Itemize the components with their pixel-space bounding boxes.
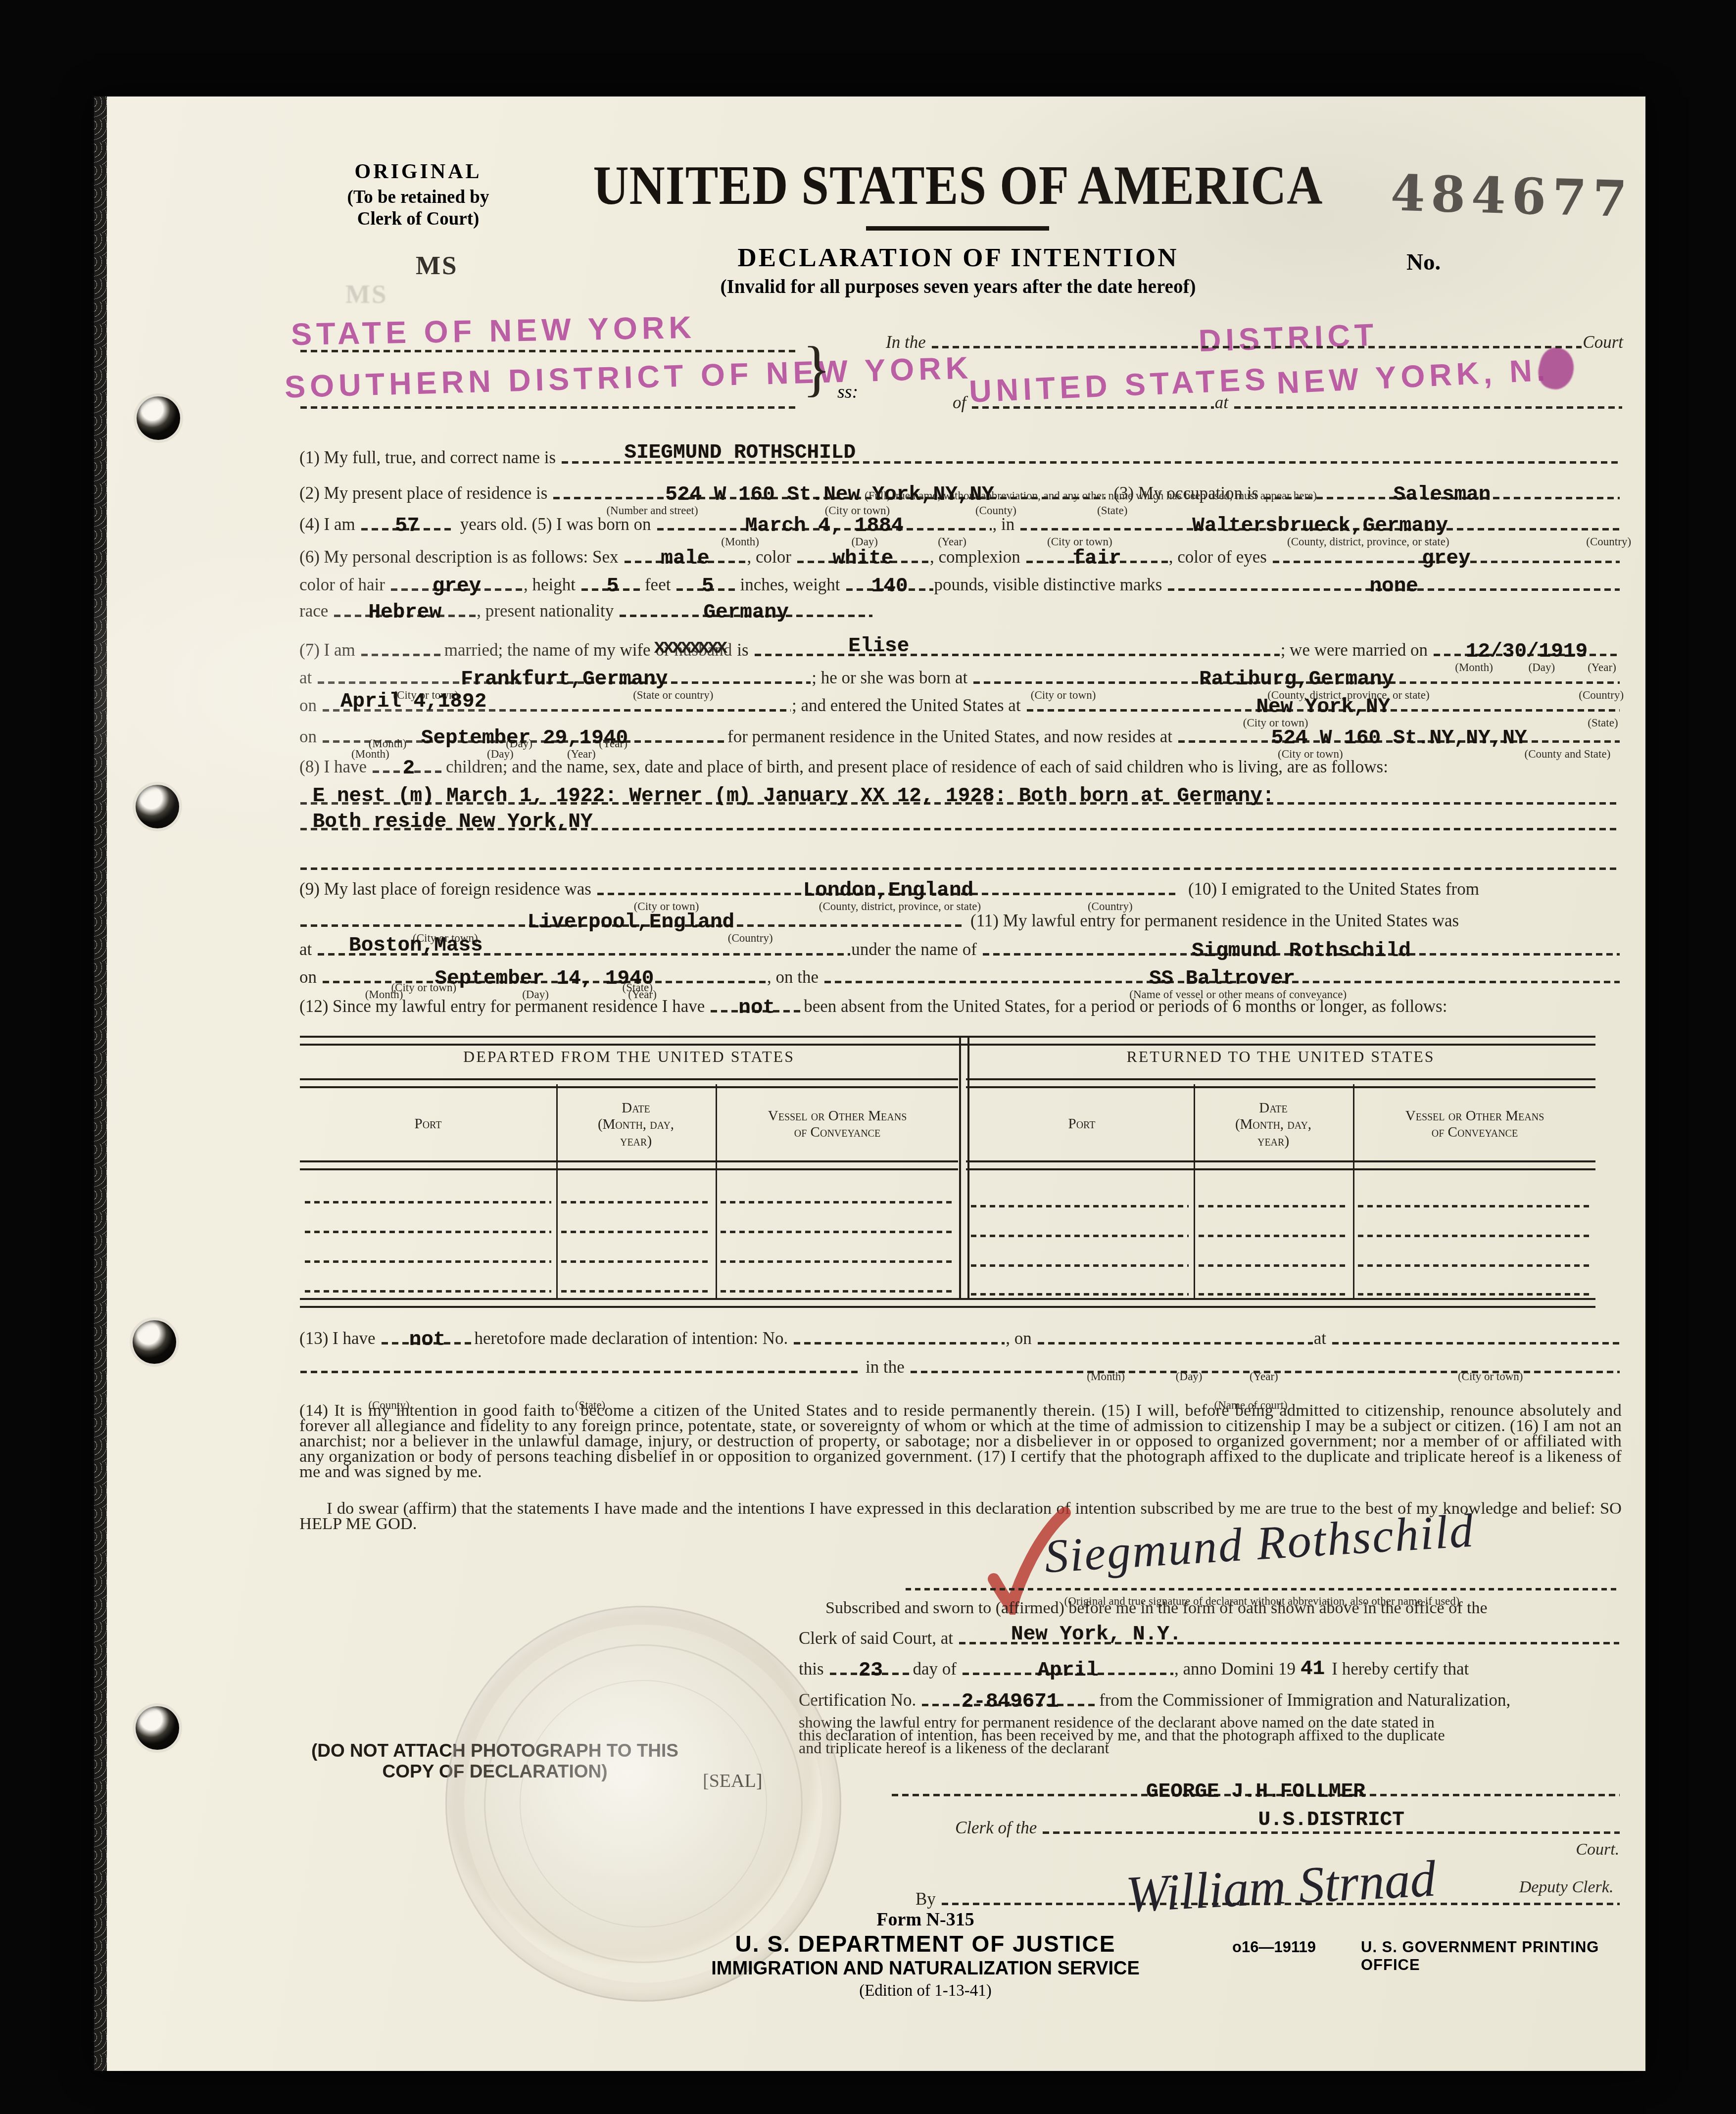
is-label: is bbox=[737, 640, 753, 660]
signature-line bbox=[906, 1588, 1618, 1590]
cert-body: showing the lawful entry for permanent r… bbox=[799, 1716, 1623, 1754]
age-label: (4) I am bbox=[299, 515, 360, 534]
sex-value: male bbox=[661, 549, 709, 569]
age-slot: 57 bbox=[360, 513, 454, 534]
court-word-label: Court bbox=[1583, 333, 1623, 352]
table-blank-cell bbox=[971, 1264, 1189, 1267]
prior-slot: not bbox=[381, 1327, 475, 1348]
table-bottom-rule bbox=[300, 1298, 1595, 1308]
nationality-value: Germany bbox=[704, 603, 789, 623]
table-right-title: RETURNED TO THE UNITED STATES bbox=[966, 1048, 1595, 1066]
weight-label: inches, weight bbox=[740, 575, 845, 594]
table-vline bbox=[716, 1084, 717, 1300]
feet-value: 5 bbox=[607, 577, 619, 597]
day-value: 23 bbox=[859, 1661, 883, 1681]
color-value: white bbox=[832, 549, 893, 569]
table-blank-cell bbox=[561, 1231, 711, 1233]
lawful-entry-label: (11) My lawful entry for permanent resid… bbox=[963, 911, 1621, 930]
vessel-value: SS Baltrover bbox=[1149, 969, 1295, 989]
name-value: SIEGMUND ROTHSCHILD bbox=[625, 443, 856, 463]
children-line-1: E nest (m) March 1, 1922: Werner (m) Jan… bbox=[299, 784, 1621, 812]
foreign-slot: London,England (City or town) (County, d… bbox=[596, 878, 1180, 899]
occupation-slot: Salesman bbox=[1263, 482, 1621, 503]
strike-overtype: xxxxxxxx bbox=[654, 637, 725, 660]
field-row-entrydate: on September 14, 1940 (Month) (Day) (Yea… bbox=[299, 959, 1621, 987]
cap-state3: (State) bbox=[1588, 717, 1618, 728]
document-number-stamp: 484677 bbox=[1390, 164, 1634, 229]
field-row-name: (1) My full, true, and correct name is S… bbox=[299, 439, 1621, 467]
children-label-b: children; and the name, sex, date and pl… bbox=[446, 757, 1621, 776]
clerk-court-slot: U.S.DISTRICT Court. bbox=[1042, 1817, 1621, 1837]
cap-city2: (City or town) bbox=[1047, 536, 1112, 547]
entryname-slot: Sigmund Rothschild bbox=[982, 938, 1621, 959]
form-number: Form N-315 bbox=[683, 1909, 1168, 1930]
year-value: 41 bbox=[1301, 1659, 1325, 1680]
table-blank-cell bbox=[1199, 1293, 1348, 1296]
cap-month5: (Month) bbox=[365, 989, 403, 1000]
born-label: years old. (5) I was born on bbox=[454, 515, 656, 534]
eyes-slot: grey bbox=[1272, 546, 1621, 567]
complexion-label: , complexion bbox=[930, 547, 1025, 567]
field-row-foreign: (9) My last place of foreign residence w… bbox=[299, 871, 1621, 899]
nationality-label: , present nationality bbox=[477, 601, 619, 621]
table-vline bbox=[1194, 1084, 1195, 1300]
field-row-entryport: at Boston,Mass (City or town) (State) un… bbox=[299, 931, 1621, 959]
entrydate-slot: September 14, 1940 (Month) (Day) (Year) bbox=[322, 966, 767, 987]
cap-court: (Name of court) bbox=[1214, 1399, 1288, 1411]
hair-label: color of hair bbox=[299, 575, 390, 594]
anno-label: , anno Domini 19 bbox=[1174, 1659, 1301, 1679]
torn-edge bbox=[92, 96, 107, 2071]
table-blank-cell bbox=[1199, 1264, 1348, 1267]
deputy-signature: William Strnad bbox=[1125, 1850, 1438, 1923]
cap-year5: (Year) bbox=[628, 989, 657, 1000]
form-title: DECLARATION OF INTENTION bbox=[577, 243, 1339, 273]
table-blank-cell bbox=[561, 1201, 711, 1203]
on-label2: on bbox=[299, 727, 322, 746]
married-on-label: ; we were married on bbox=[1281, 640, 1433, 660]
spouse-born-label: ; he or she was born at bbox=[812, 668, 972, 687]
table-blank-cell bbox=[721, 1290, 954, 1293]
table-blank-cell bbox=[1199, 1235, 1348, 1237]
weight-slot: 140 bbox=[845, 574, 934, 594]
absence-value: not bbox=[738, 998, 775, 1018]
table-vline bbox=[556, 1084, 558, 1300]
declaration-paragraph: (14) It is my intention in good faith to… bbox=[299, 1403, 1622, 1480]
complexion-slot: fair bbox=[1025, 546, 1169, 567]
table-left-title: DEPARTED FROM THE UNITED STATES bbox=[300, 1048, 958, 1066]
table-vline bbox=[1353, 1084, 1354, 1300]
marks-value: none bbox=[1369, 577, 1418, 597]
clerk-name-slot: GEORGE J.H.FOLLMER bbox=[891, 1779, 1621, 1800]
cap-city10: (City or town) bbox=[1458, 1371, 1523, 1382]
col-port-right: Port bbox=[973, 1116, 1191, 1132]
cert-no-value: 2-849671 bbox=[962, 1692, 1059, 1712]
prior-label-a: (13) I have bbox=[299, 1329, 381, 1348]
table-blank-cell bbox=[561, 1260, 711, 1263]
deputy-clerk-label: Deputy Clerk. bbox=[1519, 1879, 1614, 1896]
sex-slot: male bbox=[624, 546, 747, 567]
prior-on-label: , on bbox=[1006, 1329, 1037, 1348]
struck-or-husband: or husband xxxxxxxx bbox=[656, 640, 737, 660]
table-blank-cell bbox=[721, 1201, 954, 1203]
page-title: UNITED STATES OF AMERICA bbox=[577, 153, 1339, 217]
col-vessel-right: Vessel or Other Means of Conveyance bbox=[1356, 1108, 1593, 1141]
in-label: , in bbox=[993, 515, 1020, 534]
col-date-line2: (Month, day, bbox=[559, 1116, 713, 1133]
residence-value: 524 W 160 St.New York,NY,NY bbox=[665, 485, 994, 505]
col-date-line1: Date bbox=[1197, 1100, 1350, 1116]
col-date-line2: (Month, day, bbox=[1197, 1116, 1350, 1133]
spouse-entrydate-value: September 29,1940 bbox=[421, 728, 628, 749]
cert-label: Certification No. bbox=[799, 1690, 921, 1710]
col-date-right: Date (Month, day, year) bbox=[1197, 1100, 1350, 1150]
foreign-value: London,England bbox=[803, 881, 973, 901]
emigrated-label: (10) I emigrated to the United States fr… bbox=[1180, 879, 1621, 899]
copy-type-label: ORIGINAL bbox=[307, 160, 530, 184]
at-label2: at bbox=[299, 668, 317, 687]
clerk-at-label: Clerk of said Court, at bbox=[799, 1629, 958, 1648]
cap-country4: (Country) bbox=[1088, 901, 1133, 912]
clerk-city-value: New York, N.Y. bbox=[1011, 1625, 1181, 1645]
race-slot: Hebrew bbox=[333, 600, 477, 621]
in-the-label: In the bbox=[886, 333, 931, 352]
birthplace-value: Waltersbrueck,Germany bbox=[1192, 516, 1448, 536]
on-label1: on bbox=[299, 696, 322, 715]
eyes-value: grey bbox=[1422, 549, 1470, 569]
table-blank-cell bbox=[1358, 1264, 1591, 1267]
field-row-prior: (13) I have not heretofore made declarat… bbox=[299, 1320, 1621, 1348]
cap-month6: (Month) bbox=[1087, 1371, 1125, 1382]
col-vessel-line2: of Conveyance bbox=[1356, 1124, 1593, 1141]
field-row-description2: color of hair grey , height 5 feet 5 inc… bbox=[299, 567, 1621, 594]
month-value: April bbox=[1038, 1661, 1099, 1681]
color-slot: white bbox=[796, 546, 930, 567]
field-row-marriage2: at Frankfurt,Germany (City or town) (Sta… bbox=[299, 660, 1621, 687]
month-slot: April bbox=[962, 1658, 1174, 1679]
clerk-name-row: GEORGE J.H.FOLLMER bbox=[891, 1772, 1621, 1800]
spouse-dob-value: April 4,1892 bbox=[340, 692, 486, 712]
cap-month: (Month) bbox=[721, 536, 759, 547]
prior-in-label: in the bbox=[859, 1357, 910, 1377]
race-label: race bbox=[299, 601, 333, 621]
complexion-value: fair bbox=[1072, 549, 1121, 569]
punch-hole bbox=[136, 1706, 179, 1750]
col-vessel-line1: Vessel or Other Means bbox=[1356, 1108, 1593, 1124]
spouse-residence-value: 524 W 160 St.NY,NY,NY bbox=[1271, 728, 1527, 749]
field-row-marriage: (7) I am married; the name of my wife or… bbox=[299, 632, 1621, 660]
col-date-line3: year) bbox=[559, 1133, 713, 1150]
embark-value: Liverpool,England bbox=[528, 913, 734, 933]
table-blank-cell bbox=[1358, 1293, 1591, 1296]
spouse-entry-slot: New York,NY (City or town) (State) bbox=[1026, 694, 1621, 715]
table-blank-cell bbox=[305, 1231, 551, 1233]
feet-label: feet bbox=[645, 575, 675, 594]
table-blank-cell bbox=[971, 1293, 1189, 1296]
col-date-line3: year) bbox=[1197, 1133, 1350, 1150]
cap-county: (County) bbox=[975, 505, 1016, 516]
spouse-value: Elise bbox=[848, 636, 909, 657]
cap-state5: (State) bbox=[575, 1399, 605, 1411]
court-word: Court. bbox=[1576, 1841, 1619, 1858]
entrydate-value: September 14, 1940 bbox=[435, 969, 654, 989]
footer-edition: (Edition of 1-13-41) bbox=[683, 1982, 1168, 2000]
spouse-birthplace-value: Ratiburg,Germany bbox=[1199, 670, 1394, 690]
field-row-residence: (2) My present place of residence is 524… bbox=[299, 475, 1621, 503]
punch-hole bbox=[137, 396, 180, 440]
foreign-label: (9) My last place of foreign residence w… bbox=[299, 879, 596, 899]
ms-stamp-ghost: MS bbox=[345, 280, 388, 309]
footer-dept: U. S. DEPARTMENT OF JUSTICE bbox=[633, 1930, 1217, 1957]
inches-slot: 5 bbox=[675, 574, 740, 594]
cert-row: Certification No. 2-849671 from the Comm… bbox=[799, 1682, 1620, 1710]
day-slot: 23 bbox=[829, 1658, 913, 1679]
age-value: 57 bbox=[395, 516, 419, 536]
punch-hole bbox=[133, 1320, 176, 1364]
field-row-marriage4: on September 29,1940 (Month) (Day) (Year… bbox=[299, 719, 1621, 746]
hair-value: grey bbox=[433, 577, 481, 597]
cap-day: (Day) bbox=[851, 536, 878, 547]
marks-label: pounds, visible distinctive marks bbox=[934, 575, 1167, 594]
weight-value: 140 bbox=[871, 577, 908, 597]
cap-country5: (Country) bbox=[728, 932, 773, 944]
subscribed-line: Subscribed and sworn to (affirmed) befor… bbox=[825, 1599, 1622, 1618]
footer-service: IMMIGRATION AND NATURALIZATION SERVICE bbox=[633, 1958, 1217, 1979]
nationality-slot: Germany bbox=[619, 600, 873, 621]
col-port-left: Port bbox=[307, 1116, 549, 1132]
of-label: of bbox=[953, 393, 971, 412]
cap-city6: (City or town) bbox=[1278, 748, 1343, 760]
date-row: this 23 day of April , anno Domini 19 41… bbox=[799, 1651, 1620, 1679]
table-blank-cell bbox=[1358, 1205, 1591, 1207]
feet-slot: 5 bbox=[580, 574, 645, 594]
cap-county2: (County, district, province, or state) bbox=[1287, 536, 1449, 547]
deputy-row: By William Strnad Deputy Clerk. bbox=[916, 1877, 1621, 1909]
cap-day6: (Day) bbox=[1176, 1371, 1203, 1382]
entered-label: ; and entered the United States at bbox=[792, 696, 1026, 715]
at-label3: at bbox=[299, 940, 317, 959]
cap-year2: (Year) bbox=[1588, 662, 1616, 673]
us-district-value: U.S.DISTRICT bbox=[1258, 1810, 1404, 1830]
table-blank-cell bbox=[971, 1235, 1189, 1237]
spouse-birthplace-slot: Ratiburg,Germany (City or town) (County,… bbox=[972, 667, 1621, 687]
prior-at-label: at bbox=[1314, 1329, 1331, 1348]
cap-day4: (Day) bbox=[487, 748, 514, 760]
cap-month4: (Month) bbox=[351, 748, 389, 760]
married-label-a: (7) I am bbox=[299, 640, 360, 660]
under-name-label: under the name of bbox=[851, 940, 982, 959]
color-label: , color bbox=[747, 547, 796, 567]
table-head-rule-right bbox=[966, 1160, 1595, 1170]
table-blank-cell bbox=[305, 1260, 551, 1263]
ms-stamp: MS bbox=[416, 251, 458, 281]
cap-street: (Number and street) bbox=[606, 505, 698, 516]
cap-state2: (State or country) bbox=[633, 689, 713, 701]
col-vessel-line1: Vessel or Other Means bbox=[719, 1108, 956, 1124]
table-blank-cell bbox=[305, 1290, 551, 1293]
sex-label: (6) My personal description is as follow… bbox=[299, 547, 624, 567]
table-top-rule bbox=[300, 1036, 1595, 1046]
brace: } bbox=[803, 334, 831, 404]
at-label: at bbox=[1215, 393, 1233, 412]
residence-label: (2) My present place of residence is bbox=[299, 483, 552, 503]
invalid-note: (Invalid for all purposes seven years af… bbox=[577, 276, 1339, 298]
inches-value: 5 bbox=[702, 577, 714, 597]
marriage-date-slot: 12/30/1919 (Month) (Day) (Year) bbox=[1433, 639, 1621, 660]
punch-hole bbox=[136, 785, 179, 828]
cap-city7: (City or town) bbox=[634, 901, 699, 912]
occupation-value: Salesman bbox=[1394, 485, 1491, 505]
field-row-race: race Hebrew , present nationality German… bbox=[299, 593, 873, 621]
hair-slot: grey bbox=[390, 574, 524, 594]
perm-label: for permanent residence in the United St… bbox=[727, 727, 1177, 746]
table-mid-rule-left bbox=[300, 1078, 958, 1088]
title-underline bbox=[866, 226, 1049, 231]
col-date-left: Date (Month, day, year) bbox=[559, 1100, 713, 1150]
cap-countystate: (County and State) bbox=[1525, 748, 1611, 760]
dob-slot: March 4, 1884 (Month) (Day) (Year) bbox=[656, 513, 993, 534]
entryport-value: Boston,Mass bbox=[349, 936, 483, 956]
name-label: (1) My full, true, and correct name is bbox=[299, 448, 561, 467]
table-blank-cell bbox=[1199, 1205, 1348, 1207]
cap-city4: (City or town) bbox=[1031, 689, 1096, 701]
scanned-document: ORIGINAL (To be retained by Clerk of Cou… bbox=[0, 0, 1736, 2114]
cap-country3: (Country) bbox=[1579, 689, 1624, 701]
col-vessel-left: Vessel or Other Means of Conveyance bbox=[719, 1108, 956, 1141]
table-blank-cell bbox=[305, 1201, 551, 1203]
cap-day2: (Day) bbox=[1529, 662, 1555, 673]
on-label3: on bbox=[299, 967, 322, 987]
clerk-title-row: Clerk of the U.S.DISTRICT Court. bbox=[955, 1810, 1621, 1837]
cap-state: (State) bbox=[1097, 505, 1127, 516]
this-label: this bbox=[799, 1659, 829, 1679]
spouse-entry-value: New York,NY bbox=[1256, 697, 1390, 718]
table-head-rule-left bbox=[300, 1160, 958, 1170]
day-of-label: day of bbox=[913, 1659, 962, 1679]
entryname-value: Sigmund Rothschild bbox=[1192, 941, 1411, 961]
cert-rest-label: from the Commissioner of Immigration and… bbox=[1099, 1690, 1620, 1710]
marriage-date-value: 12/30/1919 bbox=[1466, 642, 1588, 662]
married-label-b: married; the name of my wife bbox=[444, 640, 656, 660]
gpo-label: U. S. GOVERNMENT PRINTING OFFICE bbox=[1361, 1938, 1645, 1974]
retained-note-line2: Clerk of Court) bbox=[292, 208, 544, 230]
table-blank-cell bbox=[721, 1231, 954, 1233]
by-label: By bbox=[916, 1889, 941, 1909]
prior-label-b: heretofore made declaration of intention… bbox=[475, 1329, 793, 1348]
cap-year6: (Year) bbox=[1250, 1371, 1278, 1382]
clerk-of-the-label: Clerk of the bbox=[955, 1818, 1042, 1837]
table-blank-cell bbox=[721, 1260, 954, 1263]
children-line1-value: E nest (m) March 1, 1922: Werner (m) Jan… bbox=[313, 786, 1275, 807]
embark-slot: Liverpool,England (City or town) (Countr… bbox=[299, 910, 963, 930]
clerk-at-row: Clerk of said Court, at New York, N.Y. bbox=[799, 1620, 1620, 1648]
col-vessel-line2: of Conveyance bbox=[719, 1124, 956, 1141]
table-mid-rule-right bbox=[966, 1078, 1595, 1088]
field-row-absence: (12) Since my lawful entry for permanent… bbox=[299, 988, 1621, 1016]
marks-slot: none bbox=[1167, 574, 1621, 594]
table-blank-cell bbox=[1358, 1235, 1591, 1237]
print-code: o16—19119 bbox=[1232, 1938, 1316, 1956]
cap-county4: (County, district, province, or state) bbox=[819, 901, 981, 912]
field-row-birth: (4) I am 57 years old. (5) I was born on… bbox=[299, 506, 1621, 534]
table-blank-cell bbox=[971, 1205, 1189, 1207]
children-line-2: Both reside New York,NY bbox=[299, 810, 1621, 837]
cap-county5: (County) bbox=[368, 1399, 409, 1411]
deputy-sig-slot: William Strnad Deputy Clerk. bbox=[941, 1851, 1621, 1909]
prior-value: not bbox=[409, 1330, 446, 1350]
table-center-divider bbox=[959, 1036, 969, 1300]
cap-year: (Year) bbox=[938, 536, 966, 547]
cap-year4: (Year) bbox=[567, 748, 596, 760]
number-label: No. bbox=[1406, 249, 1441, 276]
absence-slot: not bbox=[710, 995, 804, 1016]
cert-no-slot: 2-849671 bbox=[921, 1689, 1099, 1710]
col-date-line1: Date bbox=[559, 1100, 713, 1116]
table-blank-cell bbox=[561, 1290, 711, 1293]
marriage-place-slot: Frankfurt,Germany (City or town) (State … bbox=[317, 667, 812, 687]
cap-month2: (Month) bbox=[1455, 662, 1493, 673]
race-value: Hebrew bbox=[368, 603, 441, 623]
certify-label: I hereby certify that bbox=[1325, 1659, 1474, 1679]
field-row-prior2: (County) (State) in the (Name of court) bbox=[299, 1349, 1621, 1377]
retained-note-line1: (To be retained by bbox=[292, 187, 544, 208]
declaration-form-page: ORIGINAL (To be retained by Clerk of Cou… bbox=[94, 96, 1645, 2071]
cap-day5: (Day) bbox=[522, 989, 549, 1000]
vessel-slot: SS Baltrover (Name of vessel or other me… bbox=[823, 966, 1621, 987]
children-line-empty bbox=[299, 846, 1621, 873]
height-label: , height bbox=[524, 575, 580, 594]
ss-label: ss: bbox=[837, 381, 858, 403]
eyes-label: , color of eyes bbox=[1169, 547, 1272, 567]
children-line2-value: Both reside New York,NY bbox=[313, 812, 593, 832]
dob-value: March 4, 1884 bbox=[745, 516, 904, 536]
children-count: 2 bbox=[403, 759, 415, 779]
marriage-place-value: Frankfurt,Germany bbox=[461, 670, 668, 690]
vessel-label: , on the bbox=[767, 967, 823, 987]
cap-country2: (Country) bbox=[1586, 536, 1631, 547]
cap-vessel: (Name of vessel or other means of convey… bbox=[1129, 989, 1347, 1000]
clerk-name-value: GEORGE J.H.FOLLMER bbox=[1146, 1782, 1365, 1802]
